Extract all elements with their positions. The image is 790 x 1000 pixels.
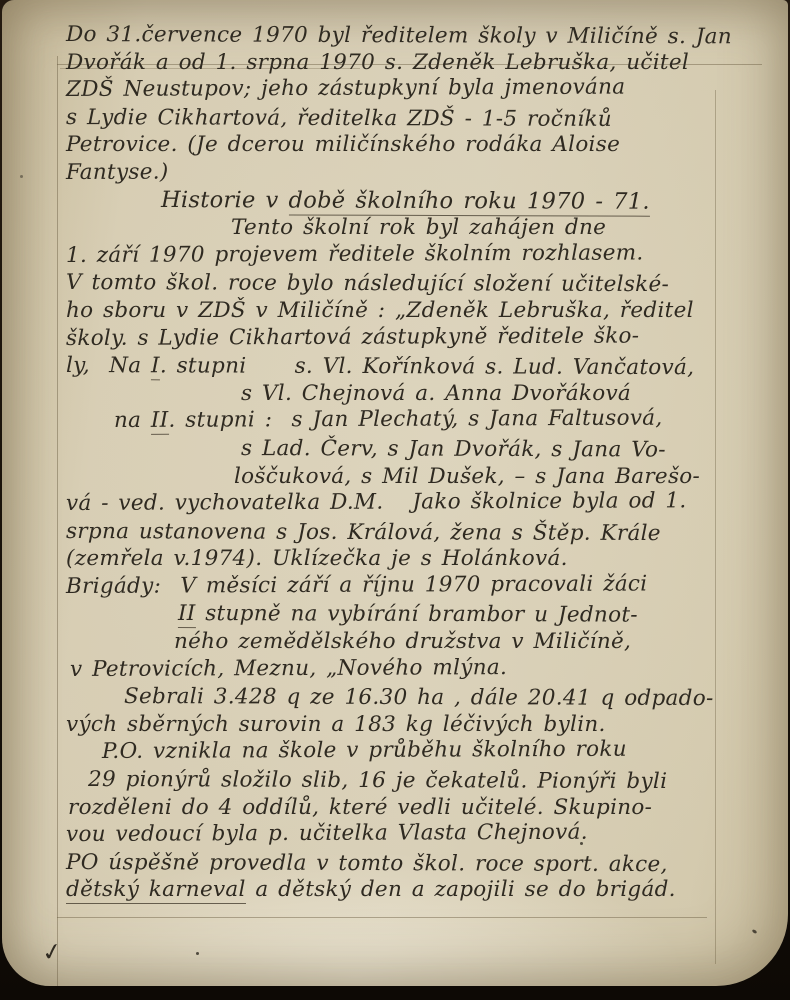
text-line: Petrovice. (Je dcerou miličínského rodák… bbox=[66, 131, 746, 159]
text-line: ZDŠ Neustupov; jeho zástupkyní byla jmen… bbox=[66, 73, 746, 104]
text-line: P.O. vznikla na škole v průběhu školního… bbox=[102, 736, 746, 766]
margin-rule-bottom bbox=[57, 917, 707, 918]
text-line: srpna ustanovena s Jos. Králová, žena s … bbox=[66, 518, 746, 548]
text-line: Fantyse.) bbox=[66, 156, 746, 187]
text-line: V tomto škol. roce bylo následující slož… bbox=[66, 269, 746, 299]
text-segment: s Lad. Červ, s Jan Dvořák, s Jana Vo- bbox=[241, 436, 666, 462]
text-segment: . stupni s. Vl. Kořínková s. Lud. Vančat… bbox=[160, 353, 695, 380]
text-line: ho sboru v ZDŠ v Miličíně : „Zdeněk Lebr… bbox=[66, 297, 746, 325]
text-segment: školy. s Lydie Cikhartová zástupkyně řed… bbox=[66, 323, 639, 351]
photo-backdrop: Do 31.července 1970 byl ředitelem školy … bbox=[0, 0, 790, 1000]
text-segment: P.O. vznikla na škole v průběhu školního… bbox=[102, 737, 627, 764]
underlined-text: II bbox=[178, 601, 196, 628]
text-line: Tento školní rok byl zahájen dne bbox=[231, 214, 746, 242]
text-line: 1. září 1970 projevem ředitele školním r… bbox=[66, 239, 746, 270]
text-line: na II. stupni : s Jan Plechatý, s Jana F… bbox=[114, 405, 746, 435]
manuscript-text: Do 31.července 1970 byl ředitelem školy … bbox=[66, 21, 746, 904]
text-segment: ného zemědělského družstva v Miličíně, bbox=[174, 629, 631, 654]
text-line: II stupně na vybírání brambor u Jednot- bbox=[178, 600, 746, 630]
text-line: 29 pionýrů složilo slib, 16 je čekatelů.… bbox=[88, 766, 746, 796]
text-segment: s Lydie Cikhartová, ředitelka ZDŠ - 1-5 … bbox=[66, 105, 612, 132]
text-line: Sebrali 3.428 q ze 16.30 ha , dále 20.41… bbox=[124, 683, 746, 713]
text-segment: Tento školní rok byl zahájen dne bbox=[231, 215, 606, 240]
text-segment: vých sběrných surovin a 183 kg léčivých … bbox=[66, 712, 606, 737]
text-segment: loščuková, s Mil Dušek, – s Jana Barešo- bbox=[234, 464, 700, 489]
underlined-text: dětský karneval bbox=[66, 877, 246, 904]
ink-speck bbox=[196, 952, 199, 955]
text-line: s Lad. Červ, s Jan Dvořák, s Jana Vo- bbox=[241, 435, 746, 464]
text-segment: Fantyse.) bbox=[66, 160, 169, 185]
text-line: ného zemědělského družstva v Miličíně, bbox=[174, 628, 746, 656]
text-segment: stupně na vybírání brambor u Jednot- bbox=[196, 602, 638, 629]
text-segment: v Petrovicích, Meznu, „Nového mlýna. bbox=[70, 655, 507, 682]
text-segment: ZDŠ Neustupov; jeho zástupkyní byla jmen… bbox=[66, 75, 625, 102]
text-segment: Sebrali 3.428 q ze 16.30 ha , dále 20.41… bbox=[124, 684, 714, 711]
text-line: s Lydie Cikhartová, ředitelka ZDŠ - 1-5 … bbox=[66, 104, 746, 134]
text-line: vých sběrných surovin a 183 kg léčivých … bbox=[66, 711, 746, 739]
text-line: Dvořák a od 1. srpna 1970 s. Zdeněk Lebr… bbox=[66, 49, 746, 77]
text-segment: ly, Na bbox=[66, 353, 151, 378]
text-segment: na bbox=[114, 408, 151, 433]
text-segment: (zemřela v.1974). Uklízečka je s Holánko… bbox=[66, 546, 568, 571]
text-segment: s Vl. Chejnová a. Anna Dvořáková bbox=[241, 381, 631, 406]
text-line: (zemřela v.1974). Uklízečka je s Holánko… bbox=[66, 545, 746, 573]
underlined-text: II bbox=[151, 408, 169, 435]
text-line: ly, Na I. stupni s. Vl. Kořínková s. Lud… bbox=[66, 352, 746, 382]
text-segment: vou vedoucí byla p. učitelka Vlasta Chej… bbox=[66, 820, 588, 847]
ink-speck bbox=[580, 842, 583, 845]
text-line: vá - ved. vychovatelka D.M. Jako školnic… bbox=[66, 487, 746, 518]
text-line: školy. s Lydie Cikhartová zástupkyně řed… bbox=[66, 322, 746, 353]
text-line: rozděleni do 4 oddílů, které vedli učite… bbox=[68, 794, 746, 822]
text-segment: rozděleni do 4 oddílů, které vedli učite… bbox=[68, 795, 652, 820]
text-segment: vá - ved. vychovatelka D.M. Jako školnic… bbox=[66, 488, 687, 516]
text-line: vou vedoucí byla p. učitelka Vlasta Chej… bbox=[66, 818, 746, 849]
text-segment: Do 31.července 1970 byl ředitelem školy … bbox=[66, 22, 732, 49]
text-segment: Historie v bbox=[161, 187, 289, 213]
text-segment: . stupni : s Jan Plechatý, s Jana Faltus… bbox=[168, 406, 662, 433]
text-line: Do 31.července 1970 byl ředitelem školy … bbox=[66, 21, 746, 51]
text-segment: Petrovice. (Je dcerou miličínského rodák… bbox=[66, 132, 620, 157]
text-line: s Vl. Chejnová a. Anna Dvořáková bbox=[241, 380, 746, 408]
text-segment: ho sboru v ZDŠ v Miličíně : „Zdeněk Lebr… bbox=[66, 298, 694, 323]
text-segment: srpna ustanovena s Jos. Králová, žena s … bbox=[66, 519, 661, 546]
text-line: dětský karneval a dětský den a zapojili … bbox=[66, 876, 746, 904]
text-segment: 1. září 1970 projevem ředitele školním r… bbox=[66, 240, 644, 268]
underlined-text: I bbox=[151, 353, 160, 380]
ink-speck bbox=[20, 175, 23, 178]
text-line: loščuková, s Mil Dušek, – s Jana Barešo- bbox=[234, 463, 746, 491]
text-line: v Petrovicích, Meznu, „Nového mlýna. bbox=[70, 653, 746, 684]
text-segment: Brigády: V měsíci září a říjnu 1970 prac… bbox=[66, 571, 648, 599]
text-segment: a dětský den a zapojili se do brigád. bbox=[246, 877, 676, 902]
text-segment: V tomto škol. roce bylo následující slož… bbox=[66, 270, 669, 297]
text-segment: Dvořák a od 1. srpna 1970 s. Zdeněk Lebr… bbox=[66, 50, 689, 75]
text-segment: 29 pionýrů složilo slib, 16 je čekatelů.… bbox=[88, 767, 667, 794]
margin-rule-left bbox=[57, 56, 58, 986]
text-segment: PO úspěšně provedla v tomto škol. roce s… bbox=[66, 850, 668, 877]
text-line: Brigády: V měsíci září a říjnu 1970 prac… bbox=[66, 570, 746, 601]
text-line: Historie v době školního roku 1970 - 71. bbox=[161, 187, 746, 217]
underlined-text: době školního roku 1970 - 71. bbox=[288, 187, 649, 216]
text-line: PO úspěšně provedla v tomto škol. roce s… bbox=[66, 849, 746, 879]
